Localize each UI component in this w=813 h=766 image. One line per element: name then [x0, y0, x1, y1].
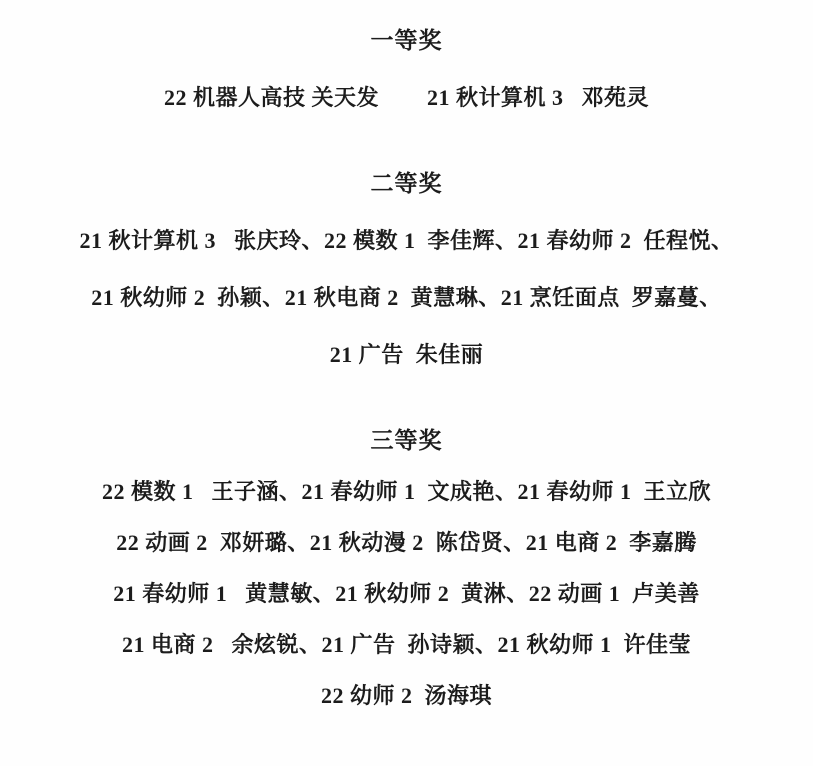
award-line: 21 秋幼师 2 孙颖、21 秋电商 2 黄慧琳、21 烹饪面点 罗嘉蔓、	[0, 283, 813, 313]
document-body: 一等奖 22 机器人高技 关天发 21 秋计算机 3 邓苑灵 二等奖 21 秋计…	[0, 0, 813, 711]
award-line: 21 秋计算机 3 张庆玲、22 模数 1 李佳辉、21 春幼师 2 任程悦、	[0, 226, 813, 256]
section-first-prize: 一等奖 22 机器人高技 关天发 21 秋计算机 3 邓苑灵	[0, 26, 813, 113]
first-prize-title: 一等奖	[0, 26, 813, 56]
award-line: 21 春幼师 1 黄慧敏、21 秋幼师 2 黄淋、22 动画 1 卢美善	[0, 579, 813, 609]
award-line: 22 动画 2 邓妍璐、21 秋动漫 2 陈岱贤、21 电商 2 李嘉腾	[0, 528, 813, 558]
second-prize-title: 二等奖	[0, 169, 813, 199]
award-list-document: 一等奖 22 机器人高技 关天发 21 秋计算机 3 邓苑灵 二等奖 21 秋计…	[0, 0, 813, 766]
award-line: 22 机器人高技 关天发 21 秋计算机 3 邓苑灵	[0, 83, 813, 113]
award-line: 21 广告 朱佳丽	[0, 340, 813, 370]
award-line: 22 模数 1 王子涵、21 春幼师 1 文成艳、21 春幼师 1 王立欣	[0, 477, 813, 507]
section-second-prize: 二等奖 21 秋计算机 3 张庆玲、22 模数 1 李佳辉、21 春幼师 2 任…	[0, 169, 813, 370]
section-third-prize: 三等奖 22 模数 1 王子涵、21 春幼师 1 文成艳、21 春幼师 1 王立…	[0, 426, 813, 711]
third-prize-title: 三等奖	[0, 426, 813, 456]
award-line: 21 电商 2 余炫锐、21 广告 孙诗颖、21 秋幼师 1 许佳莹	[0, 630, 813, 660]
award-line: 22 幼师 2 汤海琪	[0, 681, 813, 711]
